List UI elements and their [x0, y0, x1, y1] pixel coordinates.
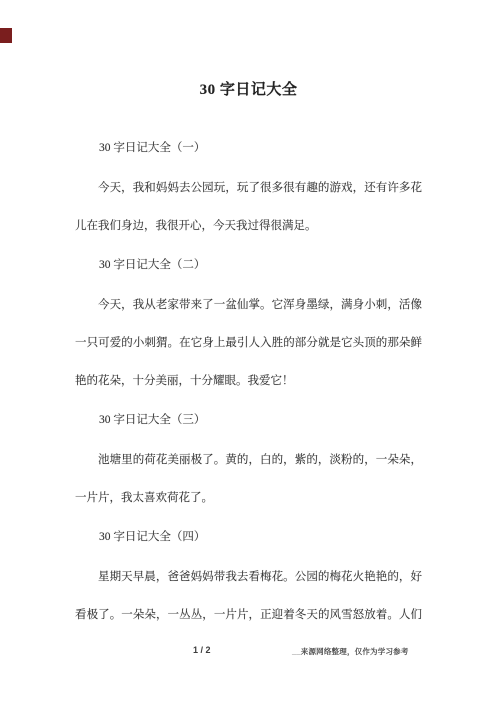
section-heading-2: 30 字日记大全（二） [75, 246, 422, 284]
diary-line: 今天，我从老家带来了一盆仙掌。它浑身墨绿，满身小刺，活像 [75, 286, 422, 324]
document-title: 30 字日记大全 [75, 0, 422, 109]
diary-paragraph-2: 今天，我从老家带来了一盆仙掌。它浑身墨绿，满身小刺，活像 一只可爱的小刺猬。在它… [75, 286, 422, 400]
diary-line: 星期天早晨，爸爸妈妈带我去看梅花。公园的梅花火艳艳的，好 [75, 558, 422, 596]
diary-line: 儿在我们身边，我很开心，今天我过得很满足。 [75, 207, 422, 245]
diary-line: 池塘里的荷花美丽极了。黄的，白的，紫的，淡粉的，一朵朵， [75, 441, 422, 479]
diary-line: 一只可爱的小刺猬。在它身上最引人入胜的部分就是它头顶的那朵鲜 [75, 324, 422, 362]
footer-source-note: __来源网络整理，仅作为学习参考 [292, 646, 409, 657]
section-heading-1: 30 字日记大全（一） [75, 129, 422, 167]
diary-paragraph-4: 星期天早晨，爸爸妈妈带我去看梅花。公园的梅花火艳艳的，好 看极了。一朵朵，一丛丛… [75, 558, 422, 634]
page-number: 1 / 2 [193, 645, 211, 655]
diary-line: 艳的花朵，十分美丽，十分耀眼。我爱它！ [75, 362, 422, 400]
diary-paragraph-3: 池塘里的荷花美丽极了。黄的，白的，紫的，淡粉的，一朵朵， 一片片，我太喜欢荷花了… [75, 441, 422, 517]
section-heading-4: 30 字日记大全（四） [75, 518, 422, 556]
diary-line: 一片片，我太喜欢荷花了。 [75, 479, 422, 517]
diary-line: 看极了。一朵朵，一丛丛，一片片，正迎着冬天的风雪怒放着。人们 [75, 596, 422, 634]
document-content: 30 字日记大全 30 字日记大全（一） 今天，我和妈妈去公园玩，玩了很多很有趣… [75, 0, 422, 634]
diary-line: 今天，我和妈妈去公园玩，玩了很多很有趣的游戏，还有许多花 [75, 169, 422, 207]
document-page: 30 字日记大全 30 字日记大全（一） 今天，我和妈妈去公园玩，玩了很多很有趣… [0, 0, 496, 702]
section-heading-3: 30 字日记大全（三） [75, 401, 422, 439]
diary-paragraph-1: 今天，我和妈妈去公园玩，玩了很多很有趣的游戏，还有许多花 儿在我们身边，我很开心… [75, 169, 422, 245]
red-corner-marker [0, 28, 12, 43]
